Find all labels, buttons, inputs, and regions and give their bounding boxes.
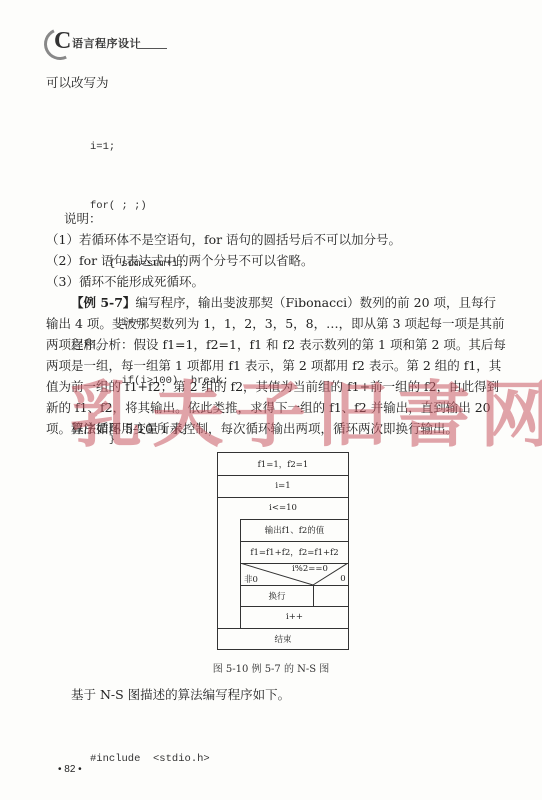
note-item-3: （3）循环不能形成死循环。 (46, 271, 506, 292)
ns-init: f1=1，f2=1 (218, 453, 348, 475)
ns-init-i: i=1 (218, 475, 348, 497)
running-header: C 语言程序设计 (44, 26, 164, 56)
ns-branch-true-action: 换行 (241, 585, 313, 606)
code-block-2: #include <stdio.h> (90, 711, 210, 789)
ns-diagram: f1=1，f2=1 i=1 i<=10 输出f1、f2的值 f1=f1+f2，f… (217, 452, 349, 650)
ns-update: f1=f1+f2，f2=f1+f2 (241, 541, 348, 563)
ns-increment: i++ (241, 606, 348, 628)
code-line: #include <stdio.h> (90, 750, 210, 770)
header-rule (137, 48, 167, 49)
ns-branch-true-label: 非0 (244, 573, 260, 585)
example-label: 【例 5-7】 (71, 295, 135, 310)
code-line: i=1; (90, 138, 229, 158)
intro-line: 可以改写为 (46, 72, 506, 93)
ns-output: 输出f1、f2的值 (241, 519, 348, 541)
ns-end: 结束 (218, 628, 348, 650)
note-item-1: （1）若循环体不是空语句，for 语句的圆括号后不可以加分号。 (46, 229, 506, 250)
page-number: • 82 • (58, 764, 82, 775)
ns-loop-condition: i<=10 (218, 497, 348, 519)
note-item-2: （2）for 语句表达式中的两个分号不可以省略。 (46, 250, 506, 271)
notes-heading: 说明： (64, 208, 524, 229)
program-intro: 基于 N-S 图描述的算法编写程序如下。 (46, 684, 506, 705)
header-book-title: 语言程序设计 (72, 35, 141, 51)
ns-branch-condition: i%2==0 (280, 563, 340, 575)
algorithm-reference: 算法如图 5-10 所示。 (46, 418, 506, 439)
figure-caption: 图 5-10 例 5-7 的 N-S 图 (0, 660, 542, 675)
ns-branch-false-label: 0 (338, 573, 348, 585)
header-logo-letter: C (54, 28, 71, 55)
